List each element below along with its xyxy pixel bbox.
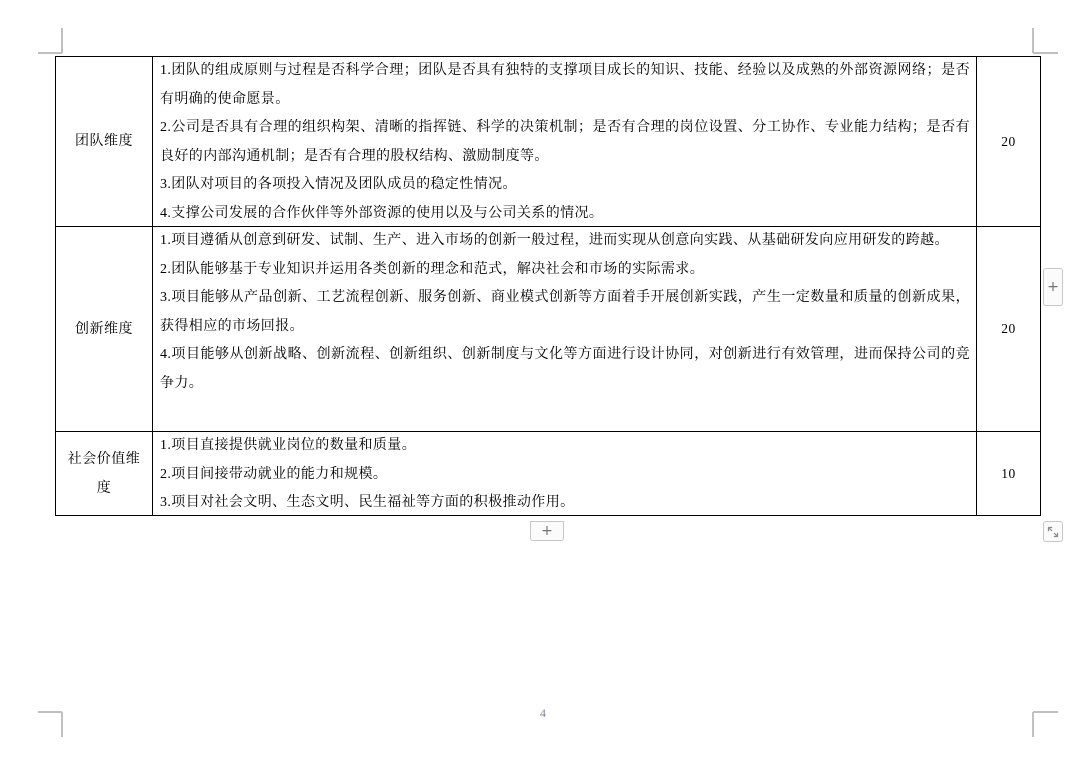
table-row-team: 团队维度 1.团队的组成原则与过程是否科学合理；团队是否具有独特的支撑项目成长的…: [56, 57, 1041, 227]
criteria-item: 4.支撑公司发展的合作伙伴等外部资源的使用以及与公司关系的情况。: [160, 200, 970, 227]
dimension-label: 团队维度: [75, 127, 133, 156]
criteria-item: 3.项目能够从产品创新、工艺流程创新、服务创新、商业模式创新等方面着手开展创新实…: [160, 284, 970, 341]
criteria-cell[interactable]: 1.团队的组成原则与过程是否科学合理；团队是否具有独特的支撑项目成长的知识、技能…: [153, 57, 977, 227]
score-cell[interactable]: 20: [977, 227, 1041, 432]
crop-line-vertical: [1032, 28, 1034, 53]
score-cell[interactable]: 20: [977, 57, 1041, 227]
add-row-button[interactable]: +: [530, 521, 564, 541]
diagonal-resize-arrows-icon: [1045, 524, 1061, 540]
criteria-cell[interactable]: 1.项目直接提供就业岗位的数量和质量。 2.项目间接带动就业的能力和规模。 3.…: [153, 432, 977, 516]
score-cell[interactable]: 10: [977, 432, 1041, 516]
criteria-cell[interactable]: 1.项目遵循从创意到研发、试制、生产、进入市场的创新一般过程，进而实现从创意向实…: [153, 227, 977, 432]
add-column-button[interactable]: +: [1043, 268, 1063, 306]
criteria-item: 3.团队对项目的各项投入情况及团队成员的稳定性情况。: [160, 171, 970, 200]
dimension-label: 创新维度: [75, 315, 133, 344]
criteria-item: 2.项目间接带动就业的能力和规模。: [160, 461, 970, 490]
table-row-innovation: 创新维度 1.项目遵循从创意到研发、试制、生产、进入市场的创新一般过程，进而实现…: [56, 227, 1041, 432]
dimension-cell[interactable]: 社会价值维度: [56, 432, 153, 516]
dimension-cell[interactable]: 团队维度: [56, 57, 153, 227]
criteria-item: 2.公司是否具有合理的组织构架、清晰的指挥链、科学的决策机制；是否有合理的岗位设…: [160, 114, 970, 171]
page-number: 4: [0, 706, 1086, 721]
score-value: 20: [977, 57, 1040, 226]
crop-line-horizontal: [38, 52, 62, 54]
crop-line-horizontal: [1033, 52, 1058, 54]
dimension-cell[interactable]: 创新维度: [56, 227, 153, 432]
criteria-item: 1.团队的组成原则与过程是否科学合理；团队是否具有独特的支撑项目成长的知识、技能…: [160, 57, 970, 114]
score-value: 10: [977, 432, 1040, 515]
table-resize-handle[interactable]: [1043, 521, 1063, 542]
score-value: 20: [977, 227, 1040, 431]
dimension-label: 社会价值维度: [66, 445, 143, 503]
document-page: 团队维度 1.团队的组成原则与过程是否科学合理；团队是否具有独特的支撑项目成长的…: [0, 0, 1086, 763]
criteria-item: 1.项目遵循从创意到研发、试制、生产、进入市场的创新一般过程，进而实现从创意向实…: [160, 227, 970, 256]
criteria-item: 1.项目直接提供就业岗位的数量和质量。: [160, 432, 970, 461]
crop-line-vertical: [61, 28, 63, 53]
criteria-item: 3.项目对社会文明、生态文明、民生福祉等方面的积极推动作用。: [160, 489, 970, 515]
table-row-social-value: 社会价值维度 1.项目直接提供就业岗位的数量和质量。 2.项目间接带动就业的能力…: [56, 432, 1041, 516]
criteria-item: 4.项目能够从创新战略、创新流程、创新组织、创新制度与文化等方面进行设计协同，对…: [160, 341, 970, 398]
evaluation-table: 团队维度 1.团队的组成原则与过程是否科学合理；团队是否具有独特的支撑项目成长的…: [55, 56, 1041, 516]
criteria-item: 2.团队能够基于专业知识并运用各类创新的理念和范式，解决社会和市场的实际需求。: [160, 256, 970, 285]
